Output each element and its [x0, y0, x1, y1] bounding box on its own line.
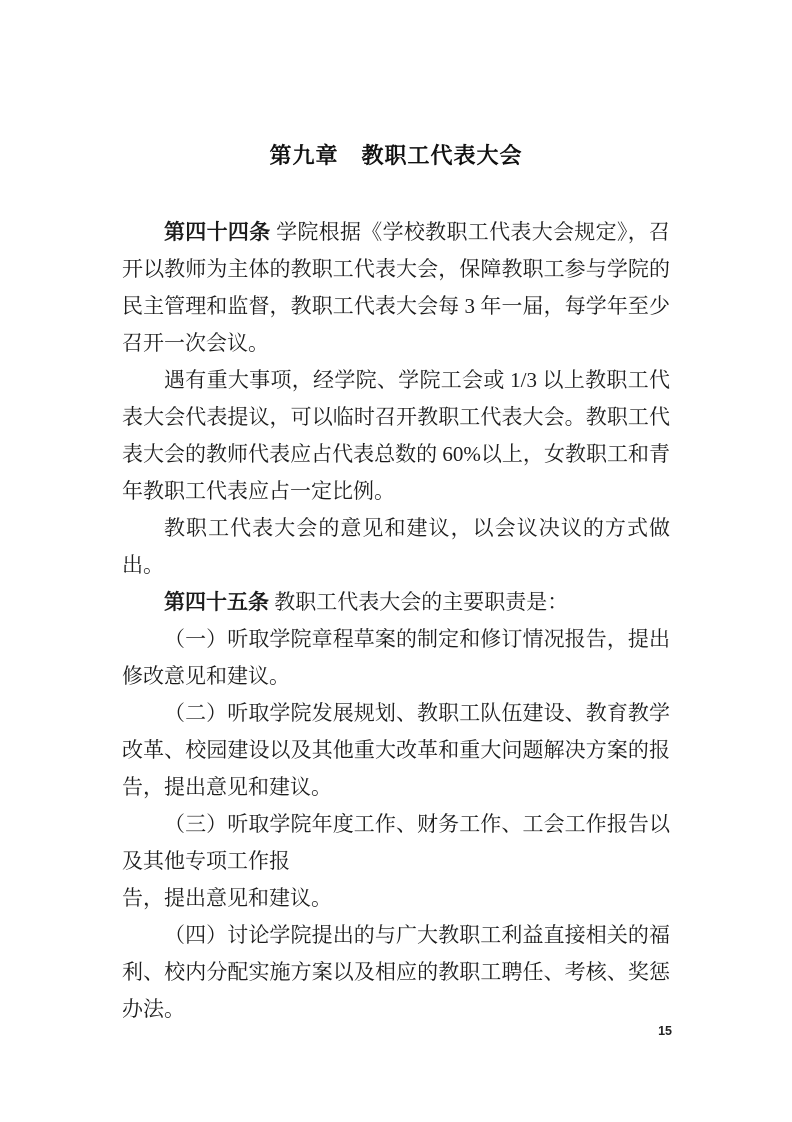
paragraph: （二）听取学院发展规划、教职工队伍建设、教育教学改革、校园建设以及其他重大改革和…: [122, 695, 670, 806]
document-page: 第九章 教职工代表大会 第四十四条 学院根据《学校教职工代表大会规定》，召开以教…: [0, 0, 792, 1122]
paragraph: 教职工代表大会的意见和建议，以会议决议的方式做出。: [122, 510, 670, 584]
text-run: （一）听取学院章程草案的制定和修订情况报告，提出修改意见和建议。: [122, 627, 670, 688]
paragraph: （一）听取学院章程草案的制定和修订情况报告，提出修改意见和建议。: [122, 621, 670, 695]
paragraph: 第四十五条 教职工代表大会的主要职责是：: [122, 584, 670, 621]
text-run: （二）听取学院发展规划、教职工队伍建设、教育教学改革、校园建设以及其他重大改革和…: [122, 701, 670, 799]
paragraph: 告，提出意见和建议。: [122, 880, 670, 917]
text-run: 告，提出意见和建议。: [122, 886, 332, 910]
text-run: 第四十四条: [164, 220, 271, 244]
text-run: （四）讨论学院提出的与广大教职工利益直接相关的福利、校内分配实施方案以及相应的教…: [122, 923, 670, 1021]
page-number: 15: [658, 1024, 672, 1038]
text-run: （三）听取学院年度工作、财务工作、工会工作报告以及其他专项工作报: [122, 812, 670, 873]
paragraph: 遇有重大事项，经学院、学院工会或 1/3 以上教职工代表大会代表提议，可以临时召…: [122, 362, 670, 510]
paragraph: （四）讨论学院提出的与广大教职工利益直接相关的福利、校内分配实施方案以及相应的教…: [122, 917, 670, 1028]
chapter-title: 第九章 教职工代表大会: [0, 139, 792, 170]
text-run: 第四十五条: [164, 590, 269, 614]
text-run: 教职工代表大会的主要职责是：: [269, 590, 568, 614]
document-body: 第四十四条 学院根据《学校教职工代表大会规定》，召开以教师为主体的教职工代表大会…: [122, 214, 670, 1028]
paragraph: 第四十四条 学院根据《学校教职工代表大会规定》，召开以教师为主体的教职工代表大会…: [122, 214, 670, 362]
text-run: 教职工代表大会的意见和建议，以会议决议的方式做出。: [122, 516, 670, 577]
text-run: 遇有重大事项，经学院、学院工会或 1/3 以上教职工代表大会代表提议，可以临时召…: [122, 368, 670, 503]
paragraph: （三）听取学院年度工作、财务工作、工会工作报告以及其他专项工作报: [122, 806, 670, 880]
